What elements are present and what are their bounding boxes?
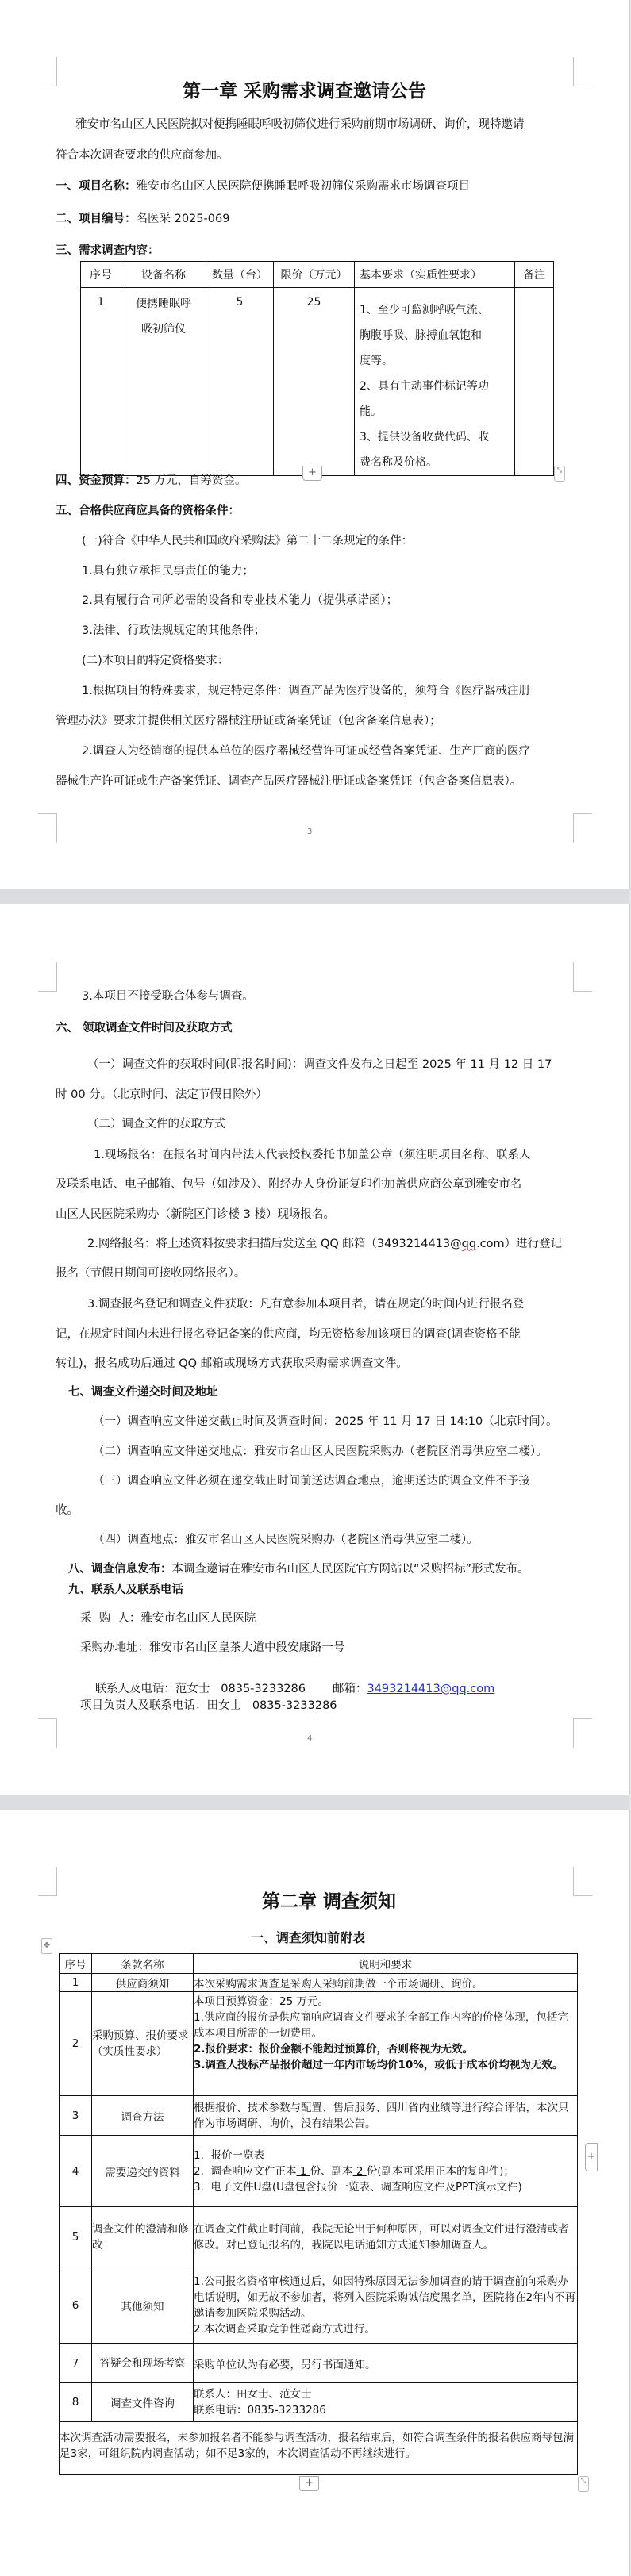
table-row: 3 调查方法 根据报价、技术参数与配置、售后服务、四川省内业绩等进行综合评估，本… — [60, 2096, 578, 2136]
registration-rules-cont: 记，在规定时间内未进行报名登记备案的供应商，均无资格参加该项目的调查(调查资格不… — [56, 1325, 521, 1342]
project-number-label: 二、项目编号： — [56, 213, 137, 225]
notice-table-title: 一、调查须知前附表 — [251, 1928, 365, 1946]
original-copies: 1 — [296, 2165, 310, 2178]
row-description: 本项目预算资金：25 万元。 1.供应商的报价是供应商响应调查文件要求的全部工作… — [194, 1992, 578, 2096]
chapter-2-title: 第二章 调查须知 — [262, 1887, 396, 1913]
table-row: 1 供应商须知 本次采购需求调查是采购人采购前期做一个市场调研、询价。 — [60, 1974, 578, 1992]
budget-value: 25 万元，自筹资金。 — [137, 474, 247, 487]
row-clause-name: 其他须知 — [92, 2267, 194, 2344]
submission-deadline: （一）调查响应文件递交截止时间及调查时间：2025 年 11 月 17 日 14… — [93, 1412, 558, 1429]
description-line: 联系人：田女士、范女士 — [194, 2386, 577, 2402]
acquisition-time: （一）调查文件的获取时间(即报名时间)：调查文件发布之日起至 2025 年 11… — [87, 1055, 552, 1072]
row-no: 3 — [60, 2096, 92, 2136]
section-7-heading: 七、调查文件递交时间及地址 — [68, 1383, 218, 1399]
header-cell: 设备名称 — [121, 262, 206, 288]
no-consortium-note: 3.本项目不接受联合体参与调查。 — [82, 987, 254, 1004]
page-number: 3 — [307, 827, 312, 836]
publication-label: 八、调查信息发布： — [68, 1563, 172, 1576]
row-description: 1.公司报名资格审核通过后，如因特殊原因无法参加调查的请于调查前向采购办电话说明… — [194, 2267, 578, 2344]
row-description: 1. 报价一览表 2. 调查响应文件正本 1 份、副本 2 份(副本可采用正本的… — [194, 2136, 578, 2207]
qualification-item: 3.法律、行政法规规定的其他条件； — [82, 621, 265, 638]
requirement-line: 胸腹呼吸、脉搏血氧饱和 — [360, 323, 514, 348]
submission-location: （二）调查响应文件递交地点：雅安市名山区人民医院采购办（老院区消毒供应室二楼）。 — [93, 1442, 548, 1459]
table-row: 5 调查文件的澄清和修改 在调查文件截止时间前，我院无论出于何种原因，可以对调查… — [60, 2207, 578, 2267]
table-move-handle[interactable]: ✥ — [41, 1938, 52, 1954]
row-quantity: 5 — [206, 288, 274, 476]
add-row-button[interactable]: + — [299, 2476, 319, 2491]
crop-mark — [573, 1718, 592, 1748]
row-description: 采购单位认为有必要，另行书面通知。 — [194, 2344, 578, 2383]
qualification-heading: 五、合格供应商应具备的资格条件： — [56, 501, 240, 518]
spellcheck-word: qq — [462, 1238, 476, 1250]
header-cell: 序号 — [81, 262, 121, 288]
row-no: 1 — [60, 1974, 92, 1992]
acquisition-method: （二）调查文件的获取方式 — [87, 1115, 225, 1131]
office-address: 采购办地址：雅安市名山区皇茶大道中段安康路一号 — [80, 1638, 345, 1655]
table-row: 8 调查文件咨询 联系人：田女士、范女士 联系电话：0835-3233286 — [60, 2383, 578, 2422]
row-clause-name: 调查方法 — [92, 2096, 194, 2136]
description-line: 1. 报价一览表 — [194, 2148, 577, 2163]
table-row: 2 采购预算、报价要求（实质性要求） 本项目预算资金：25 万元。 1.供应商的… — [60, 1992, 578, 2096]
description-line: 本项目预算资金：25 万元。 — [194, 1994, 577, 2010]
requirement-line: 3、提供设备收费代码、收 — [360, 424, 514, 450]
row-no: 1 — [81, 288, 121, 476]
project-name-value: 雅安市名山区人民医院便携睡眠呼吸初筛仪采购需求市场调查项目 — [137, 180, 471, 193]
survey-location: （四）调查地点：雅安市名山区人民医院采购办（老院区消毒供应室二楼）。 — [93, 1530, 479, 1547]
device-name-line: 便携睡眠呼 — [121, 296, 206, 312]
text: 份、副本 — [310, 2165, 353, 2178]
row-description: 根据报价、技术参数与配置、售后服务、四川省内业绩等进行综合评估，本次只作为市场调… — [194, 2096, 578, 2136]
online-registration-cont: 报名（节假日期间可接收网络报名）。 — [56, 1264, 245, 1280]
online-registration-text: 2.网络报名：将上述资料按要求扫描后发送至 QQ 邮箱（3493214413@ — [87, 1238, 462, 1250]
page-2: 3.本项目不接受联合体参与调查。 六、 领取调查文件时间及获取方式 （一）调查文… — [0, 904, 630, 1795]
table-footer-row: 本次调查活动需要报名，未参加报名者不能参与调查活动，报名结束后，如符合调查条件的… — [60, 2422, 578, 2475]
qualification-item: 1.具有独立承担民事责任的能力； — [82, 562, 254, 578]
table-resize-handle[interactable]: ⤡ — [554, 466, 565, 482]
row-no: 8 — [60, 2383, 92, 2422]
row-clause-name: 供应商须知 — [92, 1974, 194, 1992]
header-cell: 序号 — [60, 1954, 92, 1974]
row-description: 联系人：田女士、范女士 联系电话：0835-3233286 — [194, 2383, 578, 2422]
table-row: 7 答疑会和现场考察 采购单位认为有必要，另行书面通知。 — [60, 2344, 578, 2383]
acquisition-time-cont: 时 00 分。（北京时间、法定节假日除外） — [56, 1085, 267, 1102]
email-label: 邮箱： — [333, 1683, 367, 1695]
specific-req-2: 2.调查人为经销商的提供本单位的医疗器械经营许可证或经营备案凭证、生产厂商的医疗 — [82, 742, 530, 758]
crop-mark — [38, 57, 57, 86]
table-row: 1 便携睡眠呼 吸初筛仪 5 25 1、至少可监测呼吸气流、 胸腹呼吸、脉搏血氧… — [81, 288, 554, 476]
requirement-line: 度等。 — [360, 348, 514, 374]
notice-table: 序号 条款名称 说明和要求 1 供应商须知 本次采购需求调查是采购人采购前期做一… — [59, 1953, 578, 2475]
specific-req-1: 1.根据项目的特殊要求，规定特定条件：调查产品为医疗设备的，须符合《医疗器械注册 — [82, 681, 530, 698]
qualification-item: 2.具有履行合同所必需的设备和专业技术能力（提供承诺函）； — [82, 591, 398, 608]
row-clause-name: 调查文件的澄清和修改 — [92, 2207, 194, 2267]
description-line: 2.本次调查采取竞争性磋商方式进行。 — [194, 2321, 577, 2337]
header-cell: 限价（万元） — [274, 262, 355, 288]
description-line: 联系电话：0835-3233286 — [194, 2402, 577, 2418]
crop-mark — [38, 962, 57, 992]
description-line: 1.供应商的报价是供应商响应调查文件要求的全部工作内容的价格体现，包括完成本项目… — [194, 2010, 577, 2041]
row-no: 4 — [60, 2136, 92, 2207]
description-line: 2. 调查响应文件正本 1 份、副本 2 份(副本可采用正本的复印件)； — [194, 2163, 577, 2179]
online-registration-text: .com）进行登记 — [476, 1238, 562, 1250]
row-price-limit: 25 — [274, 288, 355, 476]
row-clause-name: 采购预算、报价要求（实质性要求） — [92, 1992, 194, 2096]
table-header-row: 序号 条款名称 说明和要求 — [60, 1954, 578, 1974]
publication-line: 八、调查信息发布：本调查邀请在雅安市名山区人民医院官方网站以“采购招标”形式发布… — [68, 1560, 529, 1576]
row-clause-name: 答疑会和现场考察 — [92, 2344, 194, 2383]
device-name-line: 吸初筛仪 — [121, 321, 206, 337]
header-cell: 说明和要求 — [194, 1954, 578, 1974]
requirement-line: 能。 — [360, 399, 514, 424]
requirement-line: 费名称及价格。 — [360, 450, 514, 475]
page-number: 4 — [307, 1734, 312, 1743]
onsite-registration-cont: 山区人民医院采购办（新院区门诊楼 3 楼）现场报名。 — [56, 1205, 335, 1222]
late-submission-note-cont: 收。 — [56, 1501, 79, 1518]
specific-req-2-cont: 器械生产许可证或生产备案凭证、调查产品医疗器械注册证或备案凭证（包含备案信息表）… — [56, 772, 521, 789]
row-requirements: 1、至少可监测呼吸气流、 胸腹呼吸、脉搏血氧饱和 度等。 2、具有主动事件标记等… — [355, 288, 515, 476]
budget-label: 四、资金预算： — [56, 474, 137, 487]
row-clause-name: 调查文件咨询 — [92, 2383, 194, 2422]
row-no: 7 — [60, 2344, 92, 2383]
crop-mark — [38, 813, 57, 843]
table-resize-handle[interactable]: ⤡ — [578, 2476, 589, 2492]
survey-content-heading: 三、需求调查内容： — [56, 241, 160, 258]
crop-mark — [573, 962, 592, 992]
publication-value: 本调查邀请在雅安市名山区人民医院官方网站以“采购招标”形式发布。 — [172, 1563, 529, 1576]
project-number-value: 名医采 2025-069 — [137, 213, 230, 225]
table-header-row: 序号 设备名称 数量（台） 限价（万元） 基本要求（实质性要求） 备注 — [81, 262, 554, 288]
onsite-registration: 1.现场报名：在报名时间内带法人代表授权委托书加盖公章（须注明项目名称、联系人 — [94, 1146, 530, 1162]
row-device-name: 便携睡眠呼 吸初筛仪 — [121, 288, 206, 476]
intro-paragraph: 雅安市名山区人民医院拟对便携睡眠呼吸初筛仪进行采购前期市场调研、询价，现特邀请 — [75, 115, 525, 132]
header-cell: 条款名称 — [92, 1954, 194, 1974]
online-registration: 2.网络报名：将上述资料按要求扫描后发送至 QQ 邮箱（3493214413@q… — [87, 1234, 562, 1251]
footer-note: 本次调查活动需要报名，未参加报名者不能参与调查活动，报名结束后，如符合调查条件的… — [60, 2422, 578, 2475]
intro-paragraph-cont: 符合本次调查要求的供应商参加。 — [56, 146, 229, 163]
text: 2. 调查响应文件正本 — [194, 2165, 296, 2178]
purchaser: 采 购 人：雅安市名山区人民医院 — [80, 1609, 256, 1626]
section-9-heading: 九、联系人及联系电话 — [68, 1580, 183, 1597]
add-row-button[interactable]: + — [585, 2143, 598, 2171]
row-description: 在调查文件截止时间前，我院无论出于何种原因，可以对调查文件进行澄清或者修改。对已… — [194, 2207, 578, 2267]
qualification-item: (一)符合《中华人民共和国政府采购法》第二十二条规定的条件： — [82, 532, 413, 548]
equipment-table: 序号 设备名称 数量（台） 限价（万元） 基本要求（实质性要求） 备注 1 便携… — [80, 261, 554, 476]
duplicate-copies: 2 — [353, 2165, 367, 2178]
header-cell: 备注 — [515, 262, 554, 288]
chapter-1-title: 第一章 采购需求调查邀请公告 — [183, 76, 426, 102]
section-6-heading: 六、 领取调查文件时间及获取方式 — [56, 1019, 233, 1035]
row-no: 2 — [60, 1992, 92, 2096]
row-clause-name: 需要递交的资料 — [92, 2136, 194, 2207]
crop-mark — [573, 57, 592, 86]
page-3: 第二章 调查须知 一、调查须知前附表 ✥ 序号 条款名称 说明和要求 1 供应商… — [0, 1810, 630, 2576]
qualification-item: (二)本项目的特定资格要求： — [82, 651, 229, 668]
table-row: 4 需要递交的资料 1. 报价一览表 2. 调查响应文件正本 1 份、副本 2 … — [60, 2136, 578, 2207]
page-1: 第一章 采购需求调查邀请公告 雅安市名山区人民医院拟对便携睡眠呼吸初筛仪进行采购… — [0, 0, 630, 889]
crop-mark — [38, 1718, 57, 1748]
project-manager: 项目负责人及联系电话：田女士 0835-3233286 — [80, 1696, 337, 1713]
contact-person-phone: 联系人及电话：范女士 0835-3233286 — [94, 1683, 306, 1695]
description-line: 3. 电子文件U盘(U盘包含报价一览表、调查响应文件及PPT演示文件) — [194, 2179, 577, 2195]
project-number-line: 二、项目编号：名医采 2025-069 — [56, 209, 229, 226]
registration-rules-cont: 转让)，报名成功后通过 QQ 邮箱或现场方式获取采购需求调查文件。 — [56, 1354, 408, 1371]
header-cell: 数量（台） — [206, 262, 274, 288]
crop-mark — [573, 813, 592, 843]
description-line: 1.公司报名资格审核通过后，如因特殊原因无法参加调查的请于调查前向采购办电话说明… — [194, 2274, 577, 2321]
crop-mark — [38, 1867, 57, 1896]
description-line: 3.调查人投标产品报价超过一年内市场均价10%，或低于成本价均视为无效。 — [194, 2057, 577, 2073]
requirement-line: 1、至少可监测呼吸气流、 — [360, 298, 514, 323]
registration-rules: 3.调查报名登记和调查文件获取：凡有意参加本项目者，请在规定的时间内进行报名登 — [87, 1295, 524, 1311]
row-no: 6 — [60, 2267, 92, 2344]
budget-line: 四、资金预算：25 万元，自筹资金。 — [56, 471, 247, 488]
requirement-line: 2、具有主动事件标记等功 — [360, 374, 514, 399]
text: 份(副本可采用正本的复印件)； — [367, 2165, 514, 2178]
project-name-line: 一、项目名称：雅安市名山区人民医院便携睡眠呼吸初筛仪采购需求市场调查项目 — [56, 177, 470, 194]
project-name-label: 一、项目名称： — [56, 180, 137, 193]
late-submission-note: （三）调查响应文件必须在递交截止时间前送达调查地点，逾期送达的调查文件不予接 — [93, 1472, 530, 1488]
onsite-registration-cont: 及联系电话、电子邮箱、包号（如涉及）、附经办人身份证复印件加盖供应商公章到雅安市… — [56, 1175, 521, 1192]
description-line: 2.报价要求：报价金额不能超过预算价，否则将视为无效。 — [194, 2041, 577, 2057]
email-link[interactable]: 3493214413@qq.com — [367, 1683, 494, 1695]
row-remark — [515, 288, 554, 476]
table-row: 6 其他须知 1.公司报名资格审核通过后，如因特殊原因无法参加调查的请于调查前向… — [60, 2267, 578, 2344]
specific-req-1-cont: 管理办法》要求并提供相关医疗器械注册证或备案凭证（包含备案信息表）； — [56, 712, 441, 728]
add-row-button[interactable]: + — [302, 466, 322, 481]
row-no: 5 — [60, 2207, 92, 2267]
header-cell: 基本要求（实质性要求） — [355, 262, 515, 288]
row-description: 本次采购需求调查是采购人采购前期做一个市场调研、询价。 — [194, 1974, 578, 1992]
crop-mark — [573, 1867, 592, 1896]
